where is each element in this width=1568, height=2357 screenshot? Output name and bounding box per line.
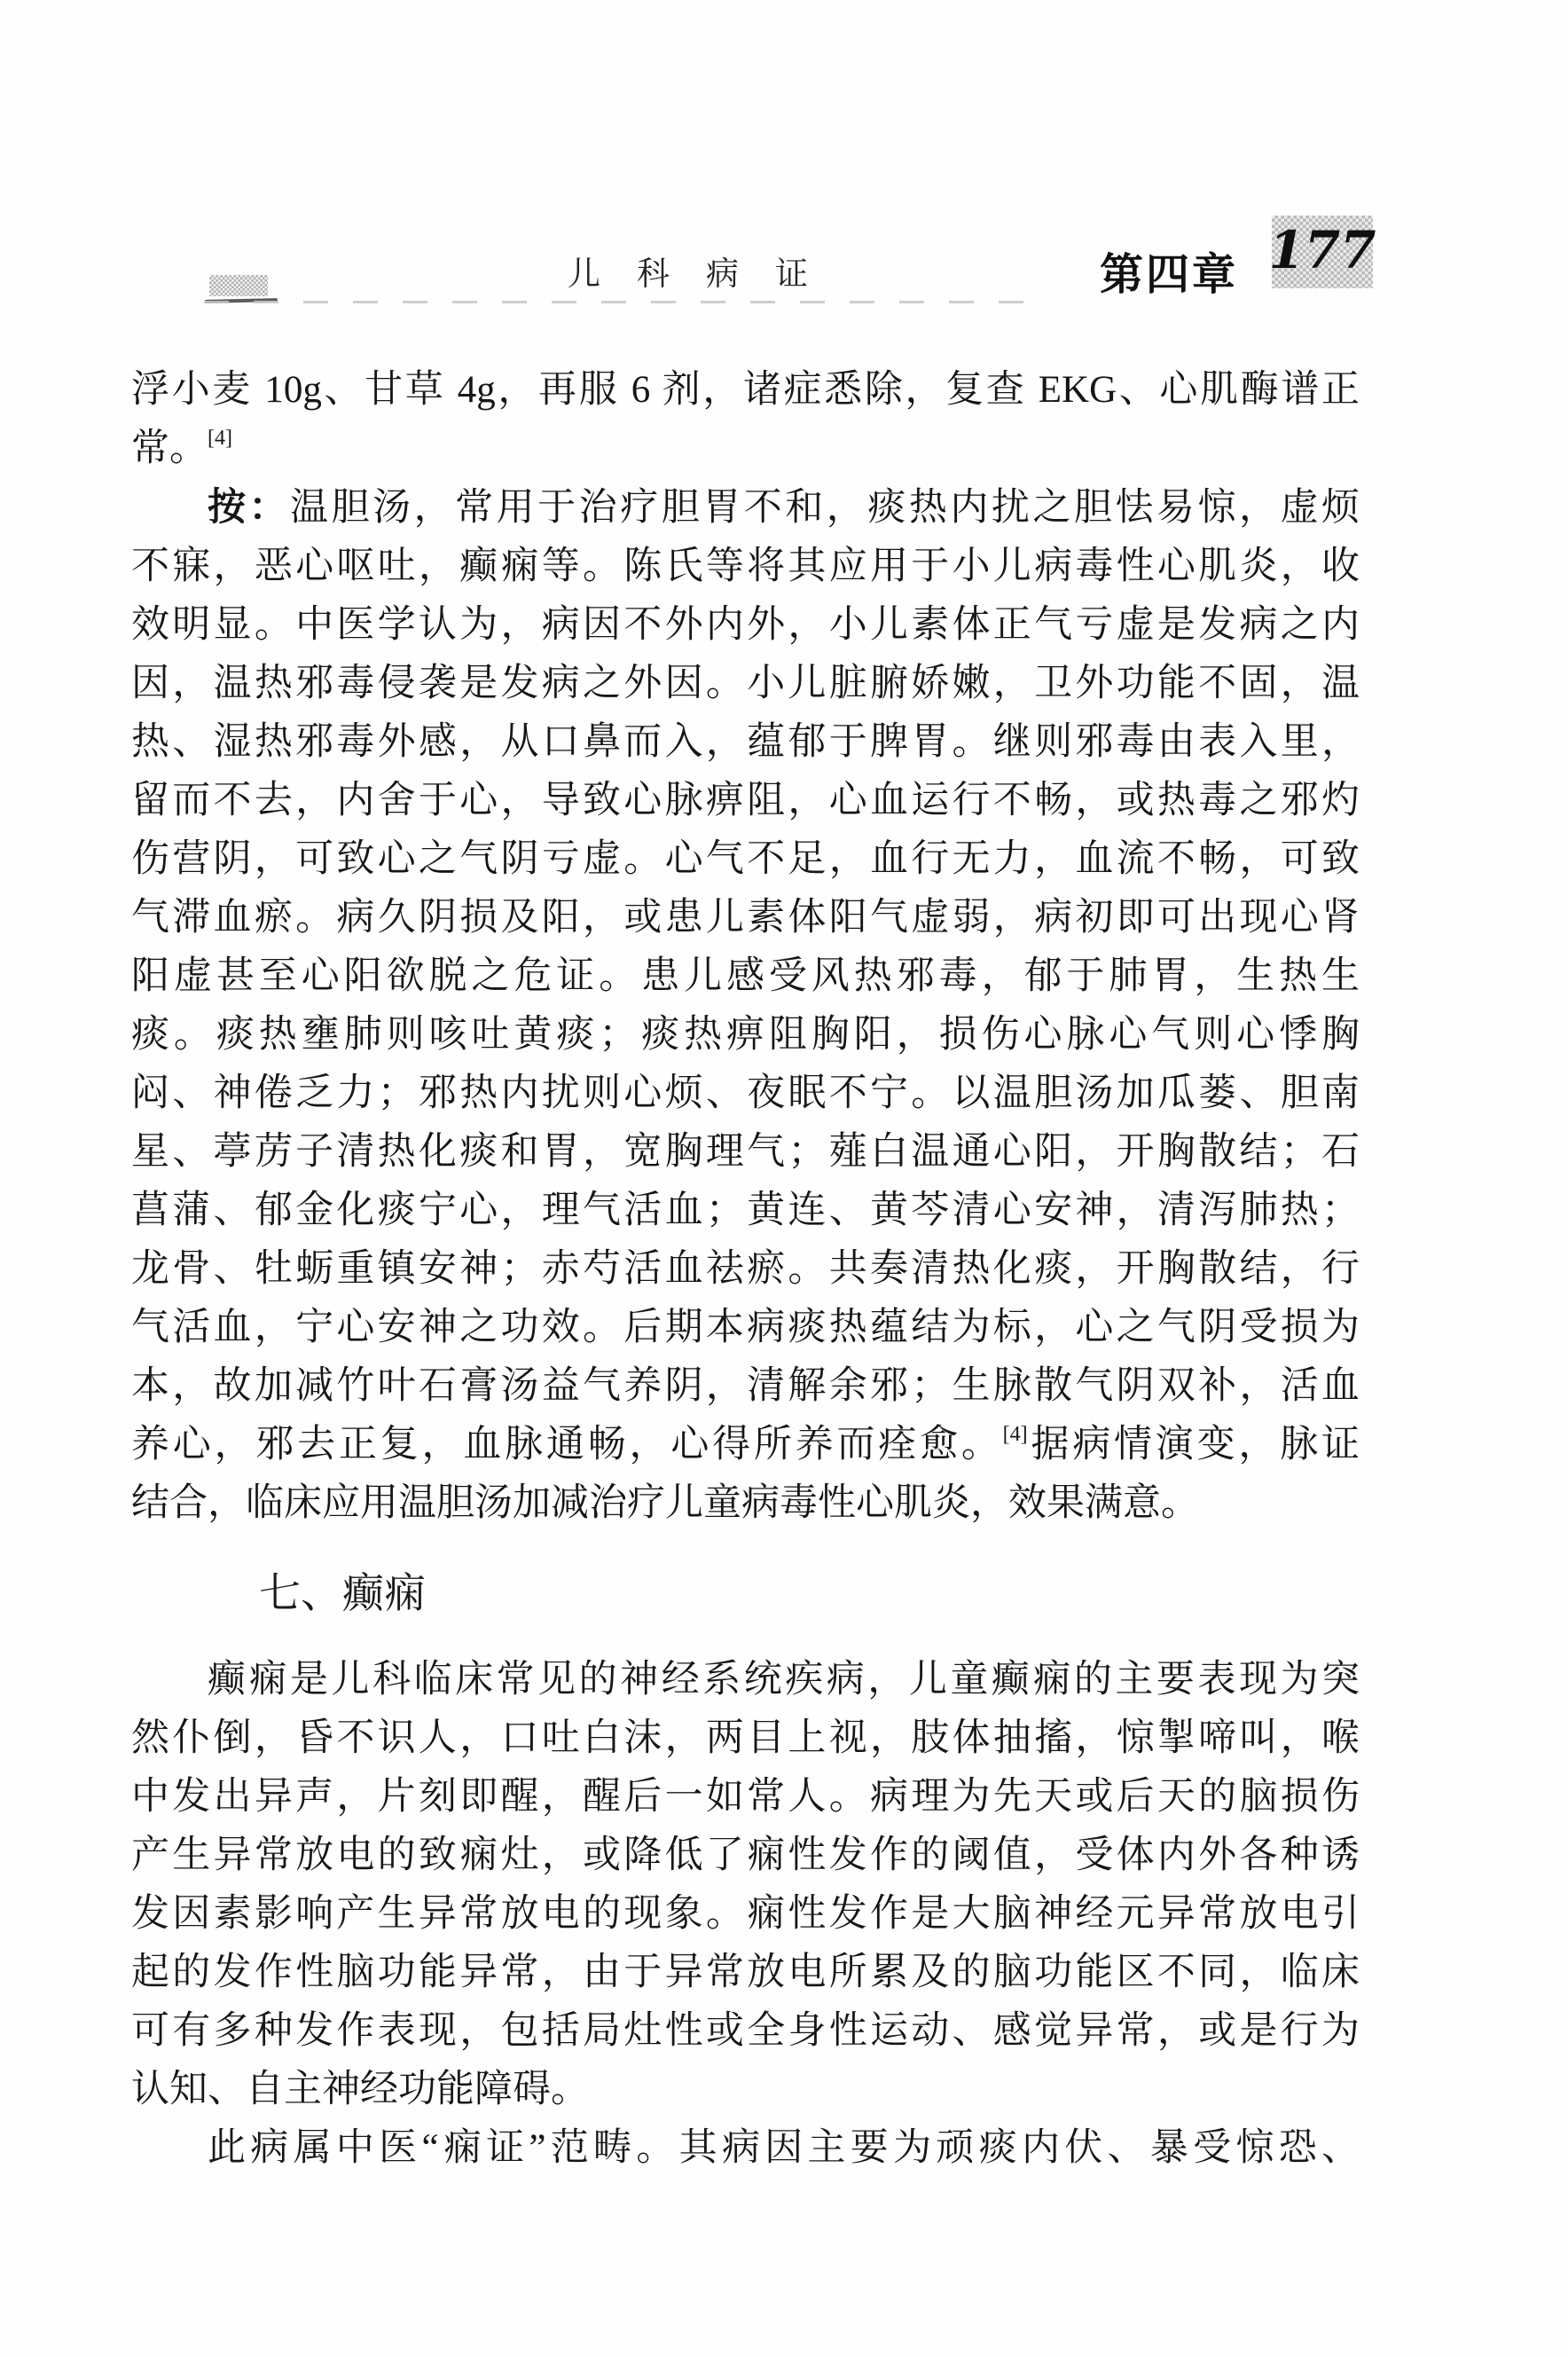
page-number-badge: 177 <box>1272 216 1373 288</box>
text-line: 认知、自主神经功能障碍。 <box>131 2061 1360 2119</box>
text-line: 阳虚甚至心阳欲脱之危证。患儿感受风热邪毒，郁于肺胃，生热生 <box>131 947 1360 1006</box>
paragraph-epilepsy-intro: 癫痫是儿科临床常见的神经系统疾病，儿童癫痫的主要表现为突然仆倒，昏不识人，口吐白… <box>131 1651 1360 2119</box>
chapter-label: 第四章 <box>1100 254 1238 297</box>
paragraph-commentary: 按：温胆汤，常用于治疗胆胃不和，痰热内扰之胆怯易惊，虚烦不寐，恶心呕吐，癫痫等。… <box>131 478 1360 1533</box>
citation-ref: [4] <box>1003 1423 1028 1446</box>
text-line: 中发出异声，片刻即醒，醒后一如常人。病理为先天或后天的脑损伤 <box>131 1768 1360 1827</box>
text-line: 效明显。中医学认为，病因不外内外，小儿素体正气亏虚是发病之内 <box>131 596 1360 655</box>
text-line: 伤营阴，可致心之气阴亏虚。心气不足，血行无力，血流不畅，可致 <box>131 830 1360 889</box>
text-line: 不寐，恶心呕吐，癫痫等。陈氏等将其应用于小儿病毒性心肌炎，收 <box>131 538 1360 596</box>
text-line: 发因素影响产生异常放电的现象。痫性发作是大脑神经元异常放电引 <box>131 1885 1360 1944</box>
text-line: 起的发作性脑功能异常，由于异常放电所累及的脑功能区不同，临床 <box>131 1944 1360 2002</box>
paragraph-tcm-view: 此病属中医“痫证”范畴。其病因主要为顽痰内伏、暴受惊恐、 <box>131 2119 1360 2178</box>
text-line: 常。[4] <box>131 420 1360 478</box>
section-heading: 七、癫痫 <box>259 1565 1360 1623</box>
commentary-lead: 按： <box>208 486 290 529</box>
text-line: 热、湿热邪毒外感，从口鼻而入，蕴郁于脾胃。继则邪毒由表入里， <box>131 713 1360 772</box>
text-line: 因，温热邪毒侵袭是发病之外因。小儿脏腑娇嫩，卫外功能不固，温 <box>131 655 1360 713</box>
running-head-title: 儿科病证 <box>568 258 844 291</box>
text-line: 癫痫是儿科临床常见的神经系统疾病，儿童癫痫的主要表现为突 <box>131 1651 1360 1709</box>
text-line: 痰。痰热壅肺则咳吐黄痰；痰热痹阻胸阳，损伤心脉心气则心悸胸 <box>131 1006 1360 1065</box>
paragraph-case-conclusion: 浮小麦 10g、甘草 4g，再服 6 剂，诸症悉除，复查 EKG、心肌酶谱正常。… <box>131 361 1360 478</box>
text-line: 菖蒲、郁金化痰宁心，理气活血；黄连、黄芩清心安神，清泻肺热； <box>131 1182 1360 1240</box>
scan-smudge <box>209 275 268 296</box>
text-line: 结合，临床应用温胆汤加减治疗儿童病毒性心肌炎，效果满意。 <box>131 1474 1360 1533</box>
text-line: 浮小麦 10g、甘草 4g，再服 6 剂，诸症悉除，复查 EKG、心肌酶谱正 <box>131 361 1360 420</box>
text-line: 星、葶苈子清热化痰和胃，宽胸理气；薤白温通心阳，开胸散结；石 <box>131 1123 1360 1182</box>
text-line: 养心，邪去正复，血脉通畅，心得所养而痊愈。[4]据病情演变，脉证 <box>131 1416 1360 1474</box>
header-rule <box>204 301 1047 303</box>
text-line: 产生异常放电的致痫灶，或降低了痫性发作的阈值，受体内外各种诱 <box>131 1827 1360 1885</box>
text-line: 龙骨、牡蛎重镇安神；赤芍活血祛瘀。共奏清热化痰，开胸散结，行 <box>131 1240 1360 1299</box>
text-line: 此病属中医“痫证”范畴。其病因主要为顽痰内伏、暴受惊恐、 <box>131 2119 1360 2178</box>
text-line: 气活血，宁心安神之功效。后期本病痰热蕴结为标，心之气阴受损为 <box>131 1299 1360 1357</box>
citation-ref: [4] <box>208 427 232 450</box>
text-line: 气滞血瘀。病久阴损及阳，或患儿素体阳气虚弱，病初即可出现心肾 <box>131 889 1360 947</box>
text-line: 然仆倒，昏不识人，口吐白沫，两目上视，肢体抽搐，惊掣啼叫，喉 <box>131 1709 1360 1768</box>
text-line: 闷、神倦乏力；邪热内扰则心烦、夜眠不宁。以温胆汤加瓜蒌、胆南 <box>131 1065 1360 1123</box>
text-line: 本，故加减竹叶石膏汤益气养阴，清解余邪；生脉散气阴双补，活血 <box>131 1357 1360 1416</box>
text-line: 留而不去，内舍于心，导致心脉痹阻，心血运行不畅，或热毒之邪灼 <box>131 772 1360 830</box>
scanned-book-page: 儿科病证 第四章 177 浮小麦 10g、甘草 4g，再服 6 剂，诸症悉除，复… <box>0 0 1568 2357</box>
text-line: 可有多种发作表现，包括局灶性或全身性运动、感觉异常，或是行为 <box>131 2002 1360 2061</box>
body-text: 浮小麦 10g、甘草 4g，再服 6 剂，诸症悉除，复查 EKG、心肌酶谱正常。… <box>131 361 1360 2178</box>
text-line: 按：温胆汤，常用于治疗胆胃不和，痰热内扰之胆怯易惊，虚烦 <box>131 478 1360 538</box>
page-number: 177 <box>1268 224 1376 276</box>
